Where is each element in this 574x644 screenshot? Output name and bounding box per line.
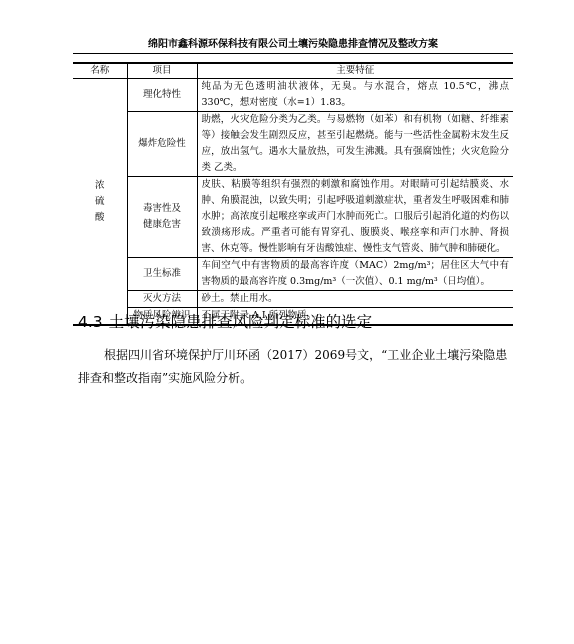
item-cell-text: 毒害性及健康危害 xyxy=(143,203,181,230)
substance-name-text: 浓硫酸 xyxy=(95,180,105,223)
column-header-name: 名称 xyxy=(73,63,127,79)
item-cell: 灭火方法 xyxy=(127,291,197,308)
table-header-row: 名称 项目 主要特征 xyxy=(73,63,513,79)
section-heading: 4.3土壤污染隐患排查风险判定标准的选定 xyxy=(78,312,372,332)
feature-cell: 车间空气中有害物质的最高容许度（MAC）2mg/m³；居住区大气中有害物质的最高… xyxy=(197,258,513,291)
body-paragraph: 根据四川省环境保护厅川环函（2017）2069号文，“工业企业土壤污染隐患排查和… xyxy=(78,344,518,390)
header-rule xyxy=(73,53,513,54)
feature-cell: 皮肤、粘膜等组织有强烈的刺激和腐蚀作用。对眼睛可引起结膜炎、水肿、角膜混浊，以致… xyxy=(197,177,513,258)
table-row: 浓硫酸 理化特性 纯品为无色透明油状液体，无臭。与水混合，熔点 10.5℃，沸点… xyxy=(73,79,513,112)
column-header-item: 项目 xyxy=(127,63,197,79)
feature-cell: 纯品为无色透明油状液体，无臭。与水混合，熔点 10.5℃，沸点 330℃，想对密… xyxy=(197,79,513,112)
substance-name: 浓硫酸 xyxy=(73,79,127,326)
item-cell: 理化特性 xyxy=(127,79,197,112)
feature-cell: 助燃，火灾危险分类为乙类。与易燃物（如苯）和有机物（如糖、纤维素等）接触会发生剧… xyxy=(197,112,513,177)
item-cell: 卫生标准 xyxy=(127,258,197,291)
item-cell: 爆炸危险性 xyxy=(127,112,197,177)
table-row: 灭火方法 砂土。禁止用水。 xyxy=(73,291,513,308)
section-number: 4.3 xyxy=(78,313,103,331)
table-row: 毒害性及健康危害 皮肤、粘膜等组织有强烈的刺激和腐蚀作用。对眼睛可引起结膜炎、水… xyxy=(73,177,513,258)
running-header: 绵阳市鑫科源环保科技有限公司土壤污染隐患排查情况及整改方案 xyxy=(73,38,513,51)
item-cell: 毒害性及健康危害 xyxy=(127,177,197,258)
properties-table: 名称 项目 主要特征 浓硫酸 理化特性 纯品为无色透明油状液体，无臭。与水混合，… xyxy=(73,62,513,326)
section-title: 土壤污染隐患排查风险判定标准的选定 xyxy=(109,313,373,331)
table-row: 爆炸危险性 助燃，火灾危险分类为乙类。与易燃物（如苯）和有机物（如糖、纤维素等）… xyxy=(73,112,513,177)
feature-cell: 砂土。禁止用水。 xyxy=(197,291,513,308)
column-header-feature: 主要特征 xyxy=(197,63,513,79)
table-row: 卫生标准 车间空气中有害物质的最高容许度（MAC）2mg/m³；居住区大气中有害… xyxy=(73,258,513,291)
